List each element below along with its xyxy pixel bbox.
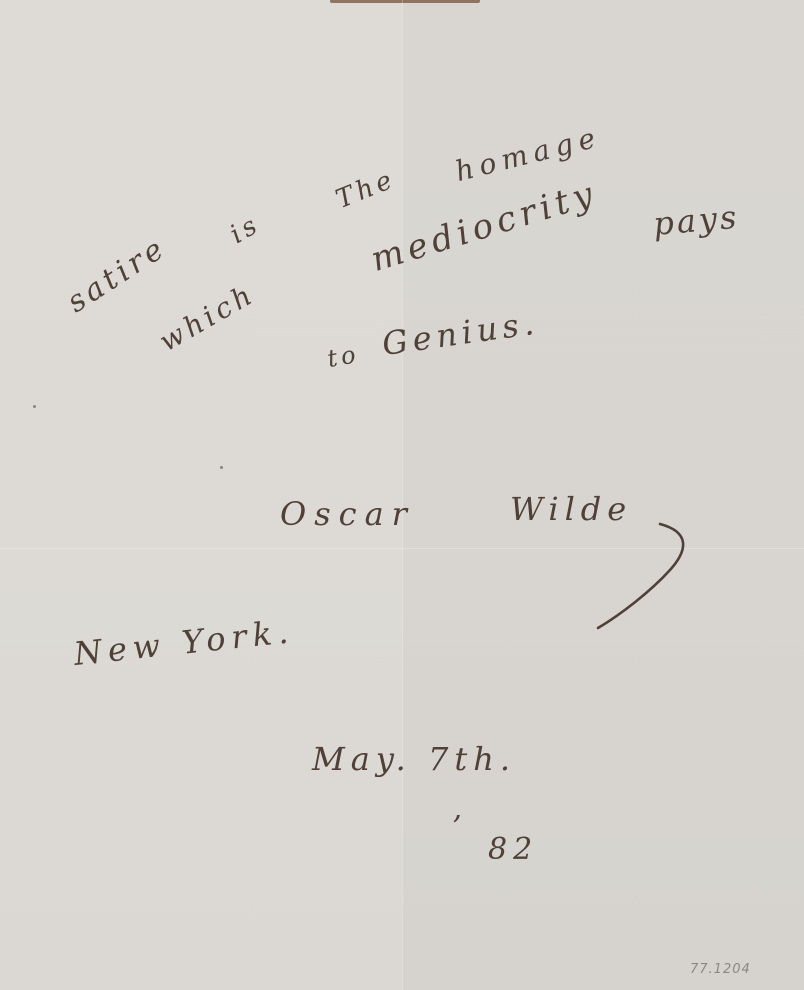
- place-line: New York.: [72, 612, 296, 673]
- catalog-number: 77.1204: [690, 962, 751, 977]
- date-apostrophe: ’: [452, 810, 466, 845]
- date-month-day: May. 7th.: [312, 740, 516, 778]
- quote-word-pays: pays: [652, 198, 741, 243]
- signature-flourish-icon: [590, 520, 700, 640]
- quote-word-satire: satire: [61, 230, 173, 320]
- quote-word-genius: Genius.: [380, 303, 541, 363]
- quote-word-which: which: [154, 277, 261, 358]
- quote-word-is: is: [225, 209, 266, 250]
- quote-word-to: to: [325, 340, 361, 373]
- date-year: 82: [488, 832, 538, 867]
- paper-speck: [33, 405, 36, 408]
- signature-first-name: Oscar: [280, 495, 415, 533]
- top-edge-mark: [330, 0, 480, 3]
- paper-speck: [220, 466, 223, 469]
- letter-sheet: satire is The homage which mediocrity pa…: [0, 0, 804, 990]
- quote-word-the: The: [332, 164, 400, 215]
